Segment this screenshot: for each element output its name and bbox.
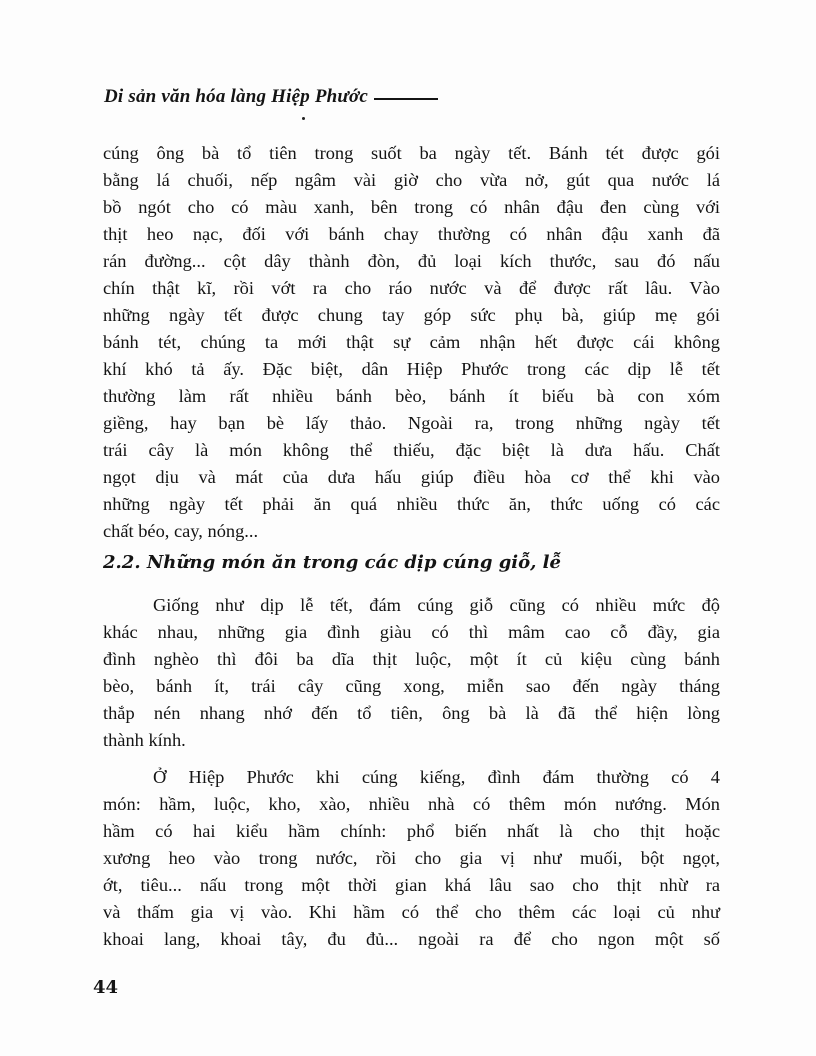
running-header-title: Di sản văn hóa làng Hiệp Phước <box>104 86 368 107</box>
page-number: 44 <box>93 977 118 998</box>
text-line: chín thật kĩ, rồi vớt ra cho ráo nước và… <box>103 275 720 301</box>
text-line: những ngày tết được chung tay góp sức ph… <box>103 302 720 328</box>
text-line: thắp nén nhang nhớ đến tổ tiên, ông bà l… <box>103 700 720 726</box>
text-line: Giống như dịp lễ tết, đám cúng giỗ cũng … <box>153 592 720 618</box>
text-line: những ngày tết phải ăn quá nhiều thức ăn… <box>103 491 720 517</box>
text-line: và thấm gia vị vào. Khi hầm có thể cho t… <box>103 899 720 925</box>
header-dot-mark <box>302 117 305 120</box>
text-line: rán đường... cột dây thành đòn, đủ loại … <box>103 248 720 274</box>
text-line: Ở Hiệp Phước khi cúng kiếng, đình đám th… <box>153 764 720 790</box>
section-heading-2-2: 2.2. Những món ăn trong các dịp cúng giỗ… <box>103 552 561 573</box>
text-line: chất béo, cay, nóng... <box>103 518 720 544</box>
text-line: giềng, hay bạn bè lấy thảo. Ngoài ra, tr… <box>103 410 720 436</box>
text-line: ớt, tiêu... nấu trong một thời gian khá … <box>103 872 720 898</box>
text-line: bèo, bánh ít, trái cây cũng xong, miễn s… <box>103 673 720 699</box>
running-header: Di sản văn hóa làng Hiệp Phước <box>104 86 438 108</box>
text-line: đình nghèo thì đôi ba dĩa thịt luộc, một… <box>103 646 720 672</box>
text-line: khác nhau, những gia đình giàu có thì mâ… <box>103 619 720 645</box>
text-line: cúng ông bà tổ tiên trong suốt ba ngày t… <box>103 140 720 166</box>
text-line: xương heo vào trong nước, rồi cho gia vị… <box>103 845 720 871</box>
text-line: thịt heo nạc, đối với bánh chay thường c… <box>103 221 720 247</box>
text-line: bằng lá chuối, nếp ngâm vài giờ cho vừa … <box>103 167 720 193</box>
text-line: thường làm rất nhiều bánh bèo, bánh ít b… <box>103 383 720 409</box>
text-line: trái cây là món không thể thiếu, đặc biệ… <box>103 437 720 463</box>
text-line: món: hầm, luộc, kho, xào, nhiều nhà có t… <box>103 791 720 817</box>
book-page: Di sản văn hóa làng Hiệp Phước cúng ông … <box>0 0 816 1056</box>
text-line: ngọt dịu và mát của dưa hấu giúp điều hò… <box>103 464 720 490</box>
text-line: hầm có hai kiểu hầm chính: phổ biến nhất… <box>103 818 720 844</box>
header-rule <box>374 98 438 100</box>
text-line: thành kính. <box>103 727 720 753</box>
text-line: bánh tét, chúng ta mới thật sự cảm nhận … <box>103 329 720 355</box>
text-line: khoai lang, khoai tây, đu đủ... ngoài ra… <box>103 926 720 952</box>
text-line: bồ ngót cho có màu xanh, bên trong có nh… <box>103 194 720 220</box>
text-line: khí khó tả ấy. Đặc biệt, dân Hiệp Phước … <box>103 356 720 382</box>
